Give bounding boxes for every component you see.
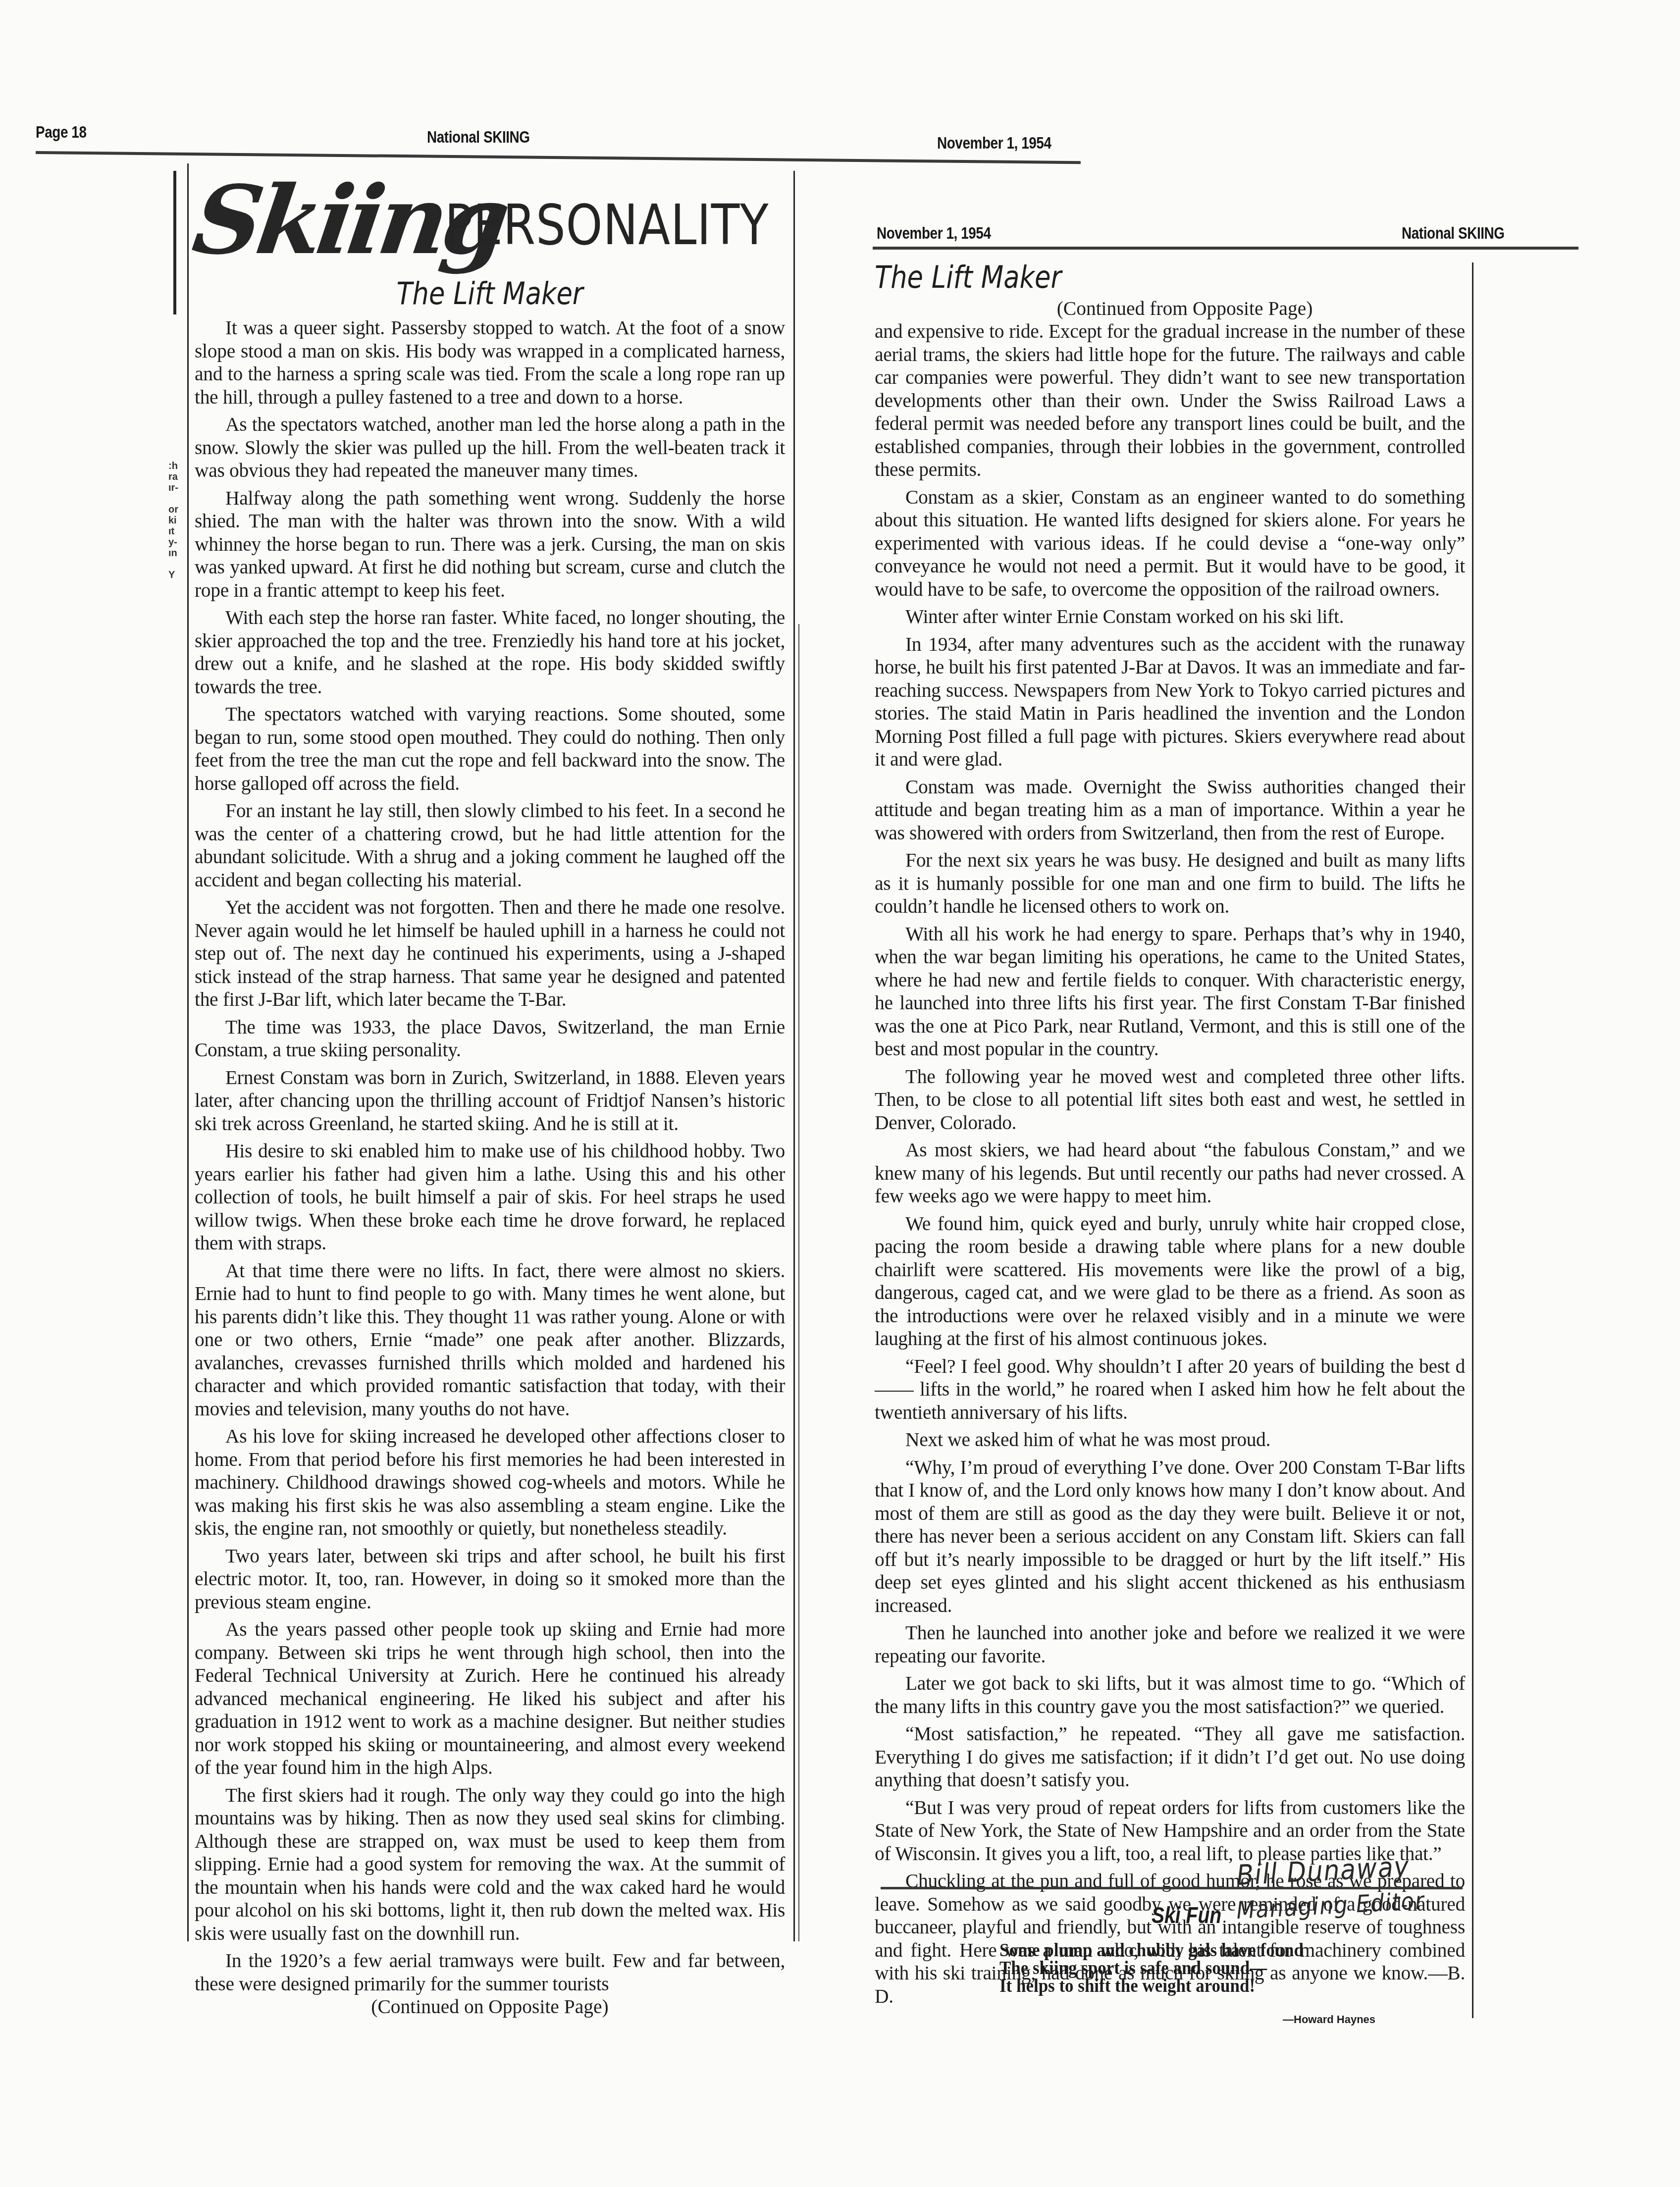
poem-author: —Howard Haynes [1283, 2013, 1375, 2026]
article-title: The Lift Maker [239, 274, 740, 313]
paragraph: “Most satisfaction,” he repeated. “They … [875, 1722, 1465, 1792]
paragraph: We found him, quick eyed and burly, unru… [875, 1212, 1465, 1351]
paragraph: As the years passed other people took up… [195, 1618, 785, 1779]
right-article: The Lift Maker (Continued from Opposite … [875, 258, 1465, 2012]
paragraph: The first skiers had it rough. The only … [195, 1784, 785, 1945]
paragraph: His desire to ski enabled him to make us… [195, 1140, 785, 1255]
paragraph: With all his work he had energy to spare… [875, 923, 1465, 1061]
publication-name-left: National SKIING [427, 128, 530, 147]
issue-date-right: November 1, 1954 [877, 224, 991, 243]
paragraph: Yet the accident was not forgotten. Then… [195, 896, 785, 1011]
page-number: Page 18 [36, 123, 87, 142]
paragraph: Ernest Constam was born in Zurich, Switz… [195, 1066, 785, 1136]
paragraph: As most skiers, we had heard about “the … [875, 1139, 1465, 1208]
paragraph: In 1934, after many adventures such as t… [875, 633, 1465, 771]
continued-on-note: (Continued on Opposite Page) [195, 1995, 785, 2018]
paragraph: With each step the horse ran faster. Whi… [195, 606, 785, 698]
paragraph: The following year he moved west and com… [875, 1065, 1465, 1135]
skiing-personality-masthead: Skiing PERSONALITY [195, 171, 785, 270]
article-title-continued: The Lift Maker [875, 258, 1376, 297]
right-header-rule [873, 247, 1578, 250]
paragraph: In the 1920’s a few aerial tramways were… [195, 1949, 785, 1995]
paragraph: At that time there were no lifts. In fac… [195, 1259, 785, 1421]
issue-date-left: November 1, 1954 [937, 134, 1051, 153]
left-article-border-left [187, 163, 189, 1941]
paragraph: “Why, I’m proud of everything I’ve done.… [875, 1456, 1465, 1617]
paragraph: For an instant he lay still, then slowly… [195, 799, 785, 891]
right-article-body: and expensive to ride. Except for the gr… [875, 320, 1465, 2008]
paragraph: “Feel? I feel good. Why shouldn’t I afte… [875, 1355, 1465, 1424]
publication-name-right: National SKIING [1402, 224, 1505, 243]
paragraph: Two years later, between ski trips and a… [195, 1545, 785, 1614]
poem-line: The skiing sport is safe and sound— [999, 1959, 1304, 1977]
masthead-personality: PERSONALITY [445, 191, 769, 260]
paragraph: Later we got back to ski lifts, but it w… [875, 1672, 1465, 1718]
paragraph: It was a queer sight. Passersby stopped … [195, 316, 785, 409]
paragraph: As the spectators watched, another man l… [195, 413, 785, 482]
left-header-rule [36, 151, 1081, 164]
left-outer-border [173, 171, 176, 314]
paragraph: Winter after winter Ernie Constam worked… [875, 605, 1465, 628]
left-article-border-right [793, 171, 795, 1941]
ski-fun-poem: Some plump and chubby gals have found Th… [999, 1941, 1304, 1995]
paragraph: For the next six years he was busy. He d… [875, 849, 1465, 918]
paragraph: The spectators watched with varying reac… [195, 703, 785, 795]
left-article-body: It was a queer sight. Passersby stopped … [195, 316, 785, 1995]
right-column-border [1472, 262, 1473, 2018]
margin-fragments: :h ra ır- or ki ıt y- ın Y [168, 461, 188, 580]
ski-fun-heading: Ski Fun [1152, 1902, 1221, 1928]
left-article-border-right-outer [798, 624, 799, 1941]
continued-from-note: (Continued from Opposite Page) [904, 297, 1465, 320]
left-article: Skiing PERSONALITY The Lift Maker It was… [195, 171, 785, 2018]
paragraph: As his love for skiing increased he deve… [195, 1425, 785, 1540]
poem-line: It helps to shift the weight around! [999, 1977, 1304, 1995]
paragraph: Then he launched into another joke and b… [875, 1621, 1465, 1667]
paragraph: and expensive to ride. Except for the gr… [875, 320, 1465, 481]
paragraph: Halfway along the path something went wr… [195, 487, 785, 602]
paragraph: Constam as a skier, Constam as an engine… [875, 486, 1465, 601]
paragraph: The time was 1933, the place Davos, Swit… [195, 1016, 785, 1062]
poem-line: Some plump and chubby gals have found [999, 1941, 1304, 1959]
paragraph: Next we asked him of what he was most pr… [875, 1428, 1465, 1452]
paragraph: Constam was made. Overnight the Swiss au… [875, 776, 1465, 845]
